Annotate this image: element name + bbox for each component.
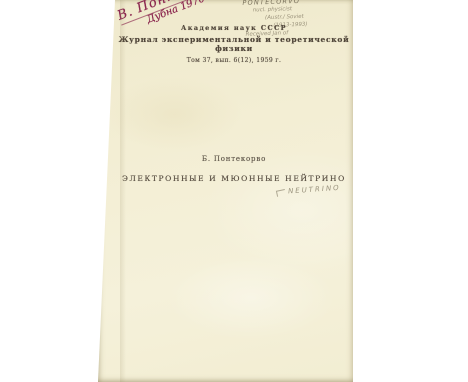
article-title: ЭЛЕКТРОННЫЕ И МЮОННЫЕ НЕЙТРИНО [115,174,353,183]
scan-background: В. Понтекорво Дубна 1970 PONTECORVO nucl… [0,0,468,382]
journal-name: Журнал экспериментальной и теоретической… [115,35,353,53]
pencil-title-note: NEUTRINO [276,184,341,196]
journal-header: Академия наук СССР Журнал эксперименталь… [115,24,353,64]
volume-issue-year: Том 37, вып. 6(12), 1959 г. [115,57,353,64]
academy-line: Академия наук СССР [115,24,353,32]
offprint-title-page: В. Понтекорво Дубна 1970 PONTECORVO nucl… [98,0,353,382]
article-author: Б. Понтекорво [115,155,353,163]
